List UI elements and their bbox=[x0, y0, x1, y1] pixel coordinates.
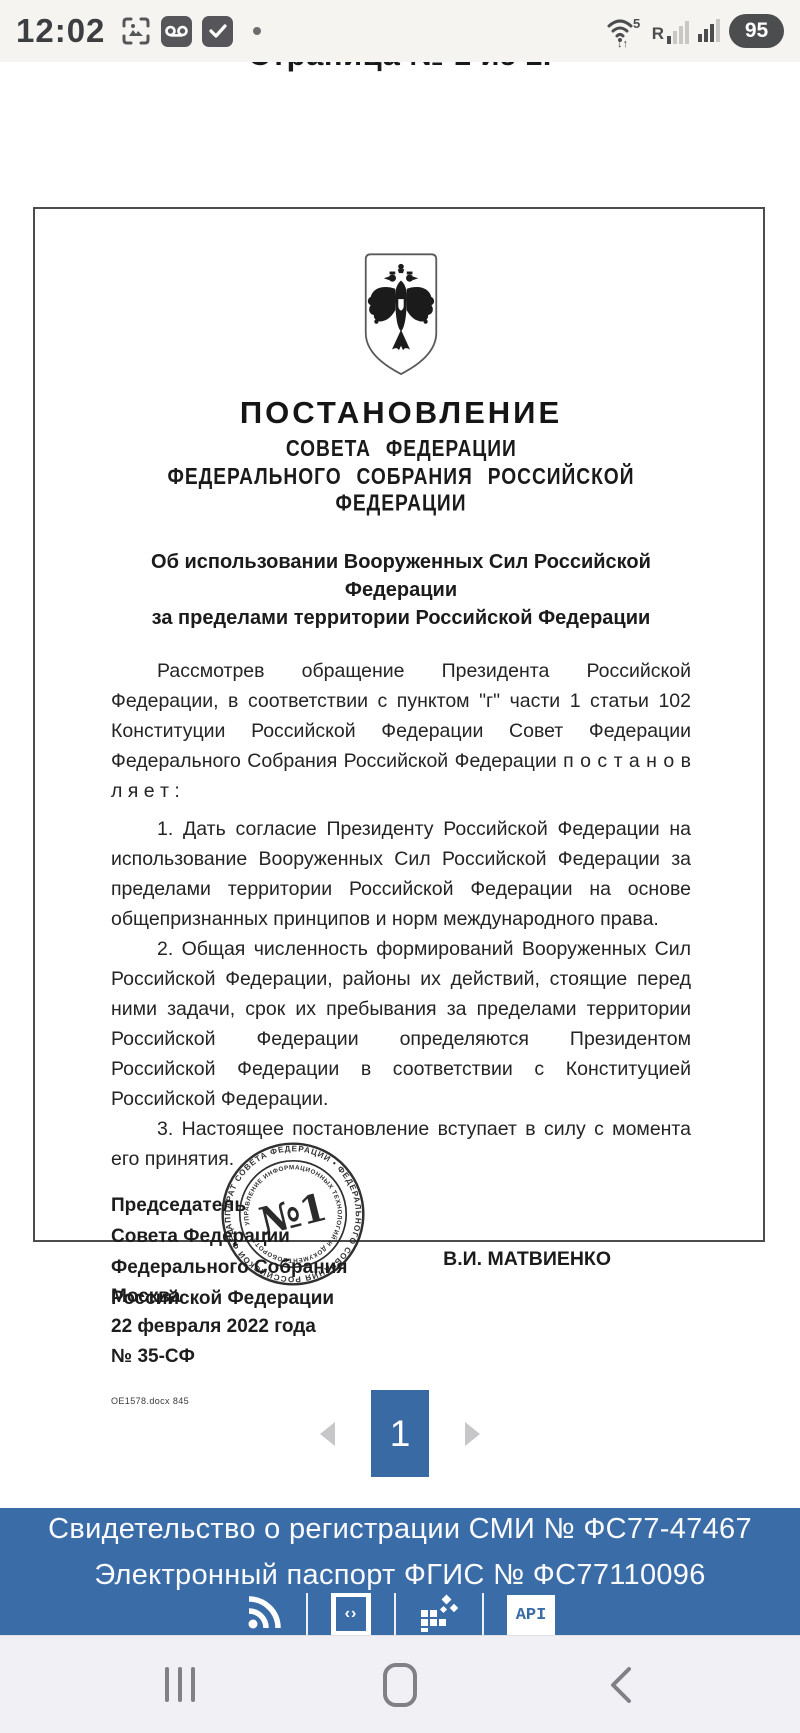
document-title: ПОСТАНОВЛЕНИЕ bbox=[111, 395, 691, 431]
home-icon[interactable] bbox=[370, 1655, 430, 1715]
cell-signal-icon bbox=[698, 16, 722, 47]
signer-line: Председатель bbox=[111, 1190, 691, 1221]
paragraph-preamble: Рассмотрев обращение Президента Российск… bbox=[111, 656, 691, 806]
battery-indicator: 95 bbox=[729, 14, 784, 48]
chevron-right-icon[interactable] bbox=[465, 1422, 480, 1446]
document-number: № 35-СФ bbox=[111, 1342, 691, 1372]
api-badge[interactable]: API bbox=[507, 1595, 555, 1635]
footer-divider bbox=[306, 1593, 308, 1635]
subject-line-1: Об использовании Вооруженных Сил Российс… bbox=[111, 548, 691, 604]
qr-grid-icon[interactable] bbox=[419, 1592, 459, 1632]
document-date: 22 февраля 2022 года bbox=[111, 1312, 691, 1342]
document-subtitle-2: ФЕДЕРАЛЬНОГО СОБРАНИЯ РОССИЙСКОЙ ФЕДЕРАЦ… bbox=[123, 465, 680, 518]
pagination: 1 bbox=[0, 1390, 800, 1477]
clock: 12:02 bbox=[16, 12, 105, 50]
wifi-icon: 5 ↓↑ bbox=[605, 14, 645, 48]
roaming-signal-icon: R bbox=[652, 18, 691, 44]
signer-name: В.И. МАТВИЕНКО bbox=[443, 1248, 611, 1271]
paragraph-item-1: 1. Дать согласие Президенту Российской Ф… bbox=[111, 814, 691, 934]
notification-dot bbox=[253, 27, 261, 35]
android-navbar bbox=[0, 1635, 800, 1733]
check-icon bbox=[202, 16, 233, 47]
electronic-passport-text: Электронный паспорт ФГИС № ФС77110096 bbox=[0, 1559, 800, 1592]
svg-text:5: 5 bbox=[633, 16, 640, 31]
voicemail-icon bbox=[161, 16, 192, 47]
paragraph-item-2: 2. Общая численность формирований Вооруж… bbox=[111, 934, 691, 1114]
status-bar: 12:02 bbox=[0, 0, 800, 62]
media-registration-text: Свидетельство о регистрации СМИ № ФС77-4… bbox=[0, 1513, 800, 1546]
code-icon[interactable]: ‹› bbox=[331, 1593, 371, 1635]
back-icon[interactable] bbox=[590, 1655, 650, 1715]
footer-divider bbox=[394, 1593, 396, 1635]
svg-text:↓↑: ↓↑ bbox=[617, 38, 628, 48]
footer-icons: ‹› API bbox=[0, 1592, 800, 1635]
signature-block: Председатель Совета Федерации Федерально… bbox=[111, 1190, 691, 1282]
site-footer: Свидетельство о регистрации СМИ № ФС77-4… bbox=[0, 1508, 800, 1635]
phone-screen: Страница № 1 из 1. 12:02 bbox=[0, 0, 800, 1733]
document-subject: Об использовании Вооруженных Сил Российс… bbox=[111, 548, 691, 632]
screenshot-icon bbox=[121, 16, 151, 46]
coat-of-arms-emblem bbox=[360, 251, 442, 379]
paragraph-item-3: 3. Настоящее постановление вступает в си… bbox=[111, 1114, 691, 1174]
signer-line: Российской Федерации bbox=[111, 1283, 691, 1314]
recents-icon[interactable] bbox=[150, 1655, 210, 1715]
footer-divider bbox=[482, 1593, 484, 1635]
document-subtitle-1: СОВЕТА ФЕДЕРАЦИИ bbox=[286, 436, 517, 462]
document-page: ПОСТАНОВЛЕНИЕ СОВЕТА ФЕДЕРАЦИИ ФЕДЕРАЛЬН… bbox=[33, 207, 765, 1242]
page-number-button[interactable]: 1 bbox=[371, 1390, 429, 1477]
subject-line-2: за пределами территории Российской Федер… bbox=[111, 604, 691, 632]
rss-icon[interactable] bbox=[245, 1594, 283, 1632]
code-glyph: ‹› bbox=[336, 1597, 366, 1631]
document-body: Рассмотрев обращение Президента Российск… bbox=[111, 656, 691, 1174]
chevron-left-icon[interactable] bbox=[320, 1422, 335, 1446]
